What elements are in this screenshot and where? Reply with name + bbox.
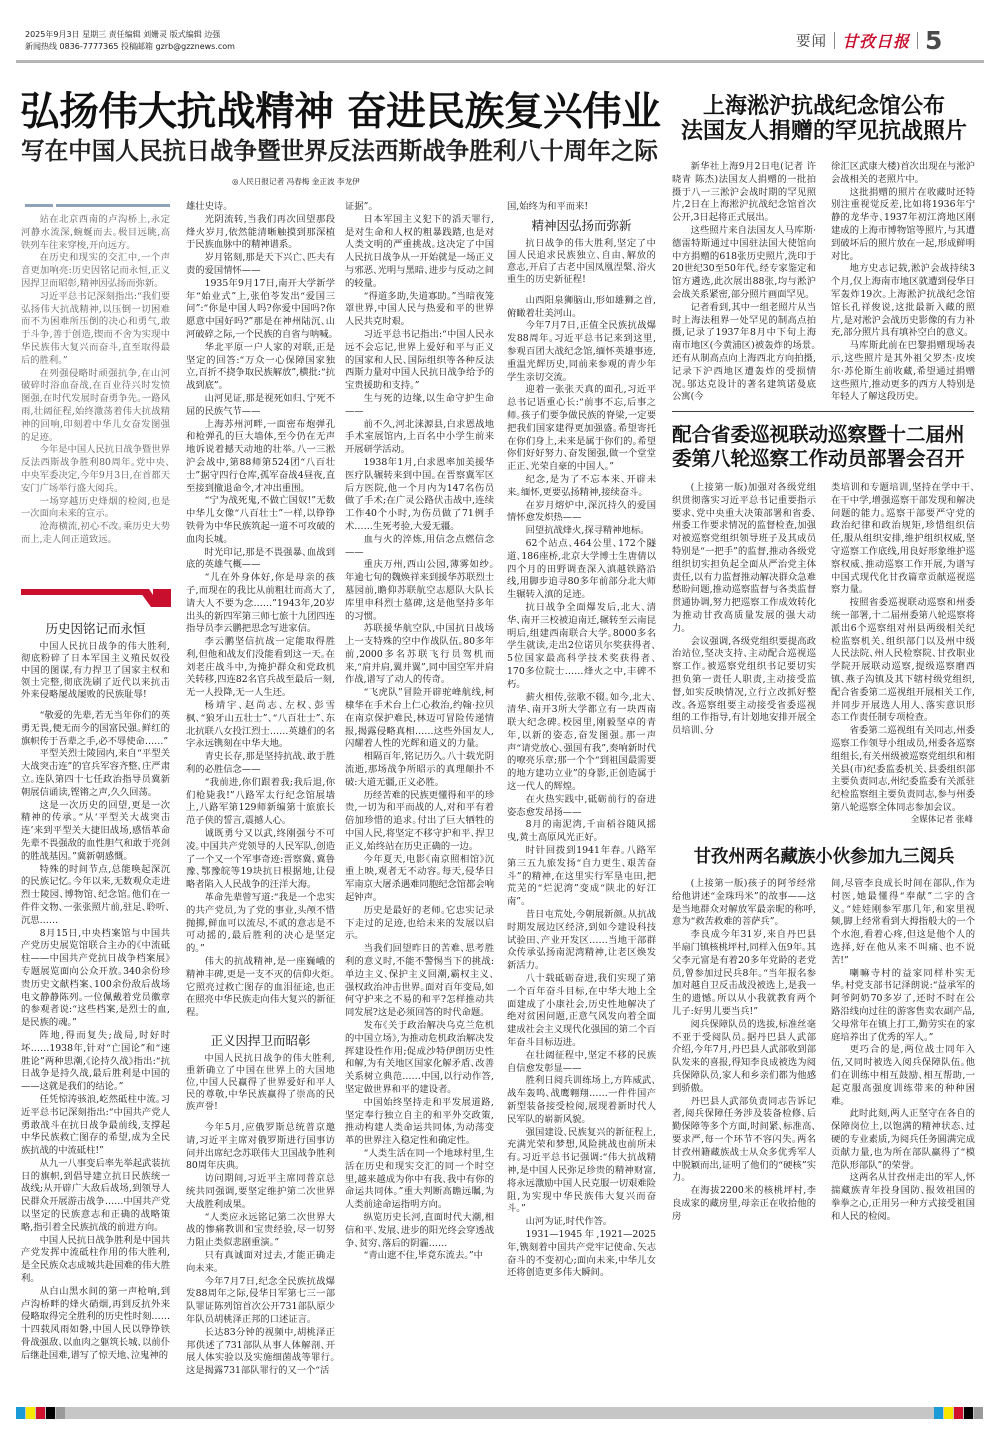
paragraph: 革命先辈曾写道:“我是一个忠实的共产党员,为了党的事业,头颅不惜抛掷,鲜血可以流… <box>186 892 335 956</box>
paragraph: 在海拔2200米的核桃坪村,李良成家的藏房里,母亲正在收拾他的房 <box>672 1185 816 1223</box>
paragraph: 这是一次历史的回望,更是一次精神的传承。“从‘平型关大战突击连’来到平型关大捷旧… <box>21 800 170 864</box>
paragraph: 访问期间,习近平主席同普京总统共同强调,要坚定维护第二次世界大战胜利成果。 <box>186 1173 335 1211</box>
magenta-swatch <box>954 1407 963 1419</box>
contact-line: 新闻热线 0836-7777365 投稿邮箱 gzrb@gzznews.com <box>25 41 235 53</box>
paragraph-continued: 间,尽管李良成长时间在部队,作为村医,她最懂得“奉献”二字的含义。“娃娃刚参军那… <box>831 878 975 968</box>
paragraph: 从九一八事变后率先举起武装抗日的旗帜,到倡导建立抗日民族统一战线;从开辟广大敌后… <box>21 1158 170 1235</box>
paragraph: 昔日屯荒处,今朝展新颜。从抗战时期发展边区经济,到如今建设科技试验田、产业开发区… <box>507 909 656 973</box>
main-column-4: 国,始终为和平而来!精神因弘扬而弥新抗日战争的伟大胜利,坚定了中国人民追求民族独… <box>507 201 656 1393</box>
section-label: 要闻 <box>796 30 827 51</box>
paragraph: 时针回拨到1941年春。八路军第三五九旅发扬“自力更生、艰苦奋斗”的精神,在这里… <box>507 845 656 909</box>
paragraph: 日本军国主义犯下的滔天罪行,是对生命和人权的粗暴践踏,也是对人类文明的严重挑战。… <box>345 214 494 291</box>
paragraph: 今年7月7日,纪念全民族抗战爆发88周年之际,侵华日军第七三一部队罪证陈列馆首次… <box>186 1276 335 1327</box>
paragraph: “宁为战死鬼,不做亡国奴!”无数中华儿女像“八百壮士”一样,以铮铮铁骨为中华民族… <box>186 495 335 546</box>
inspection-byline: 全媒体记者 张峰 <box>832 814 973 826</box>
paragraph-continued: 类培训和专题培训,坚持在学中干、在干中学,增强巡察干部发现和解决问题的能力。巡察… <box>831 482 975 597</box>
paragraph: 马库斯此前在巴黎捐赠现场表示,这些照片是其外祖父罗杰·皮埃尔·苏伦斯生前收藏,希… <box>831 340 975 404</box>
main-subheadline: 写在中国人民抗日战争暨世界反法西斯战争胜利八十周年之际 <box>21 137 681 165</box>
magenta-swatch <box>36 1407 45 1419</box>
headline-line: 委第八轮巡察工作动员部署会召开 <box>672 447 976 471</box>
paragraph: 相隔百年,铭记历久。八十载光阴流逝,那场战争所昭示的真理颠扑不破:大道无疆,正义… <box>345 751 494 789</box>
paragraph: “敬爱的先辈,若无当年你们的英勇无畏,便无而今的国富民强。鲜红的旗帜传于吾辈之手… <box>21 710 170 748</box>
decorative-bar <box>25 204 53 207</box>
paragraph: 中国人民抗日战争胜利是中国共产党发挥中流砥柱作用的伟大胜利,是全民族众志成城共赴… <box>21 1235 170 1286</box>
masthead: 要闻 甘孜日报 5 <box>796 24 942 56</box>
paragraph: 记者看到,其中一组老照片从当时上海法租界一处罕见的制高点拍摄,记录了1937年8… <box>672 302 816 404</box>
color-marks-right <box>934 1407 983 1419</box>
paragraph-continued: 证据”。 <box>345 201 494 214</box>
paragraph: “飞虎队”冒险开辟驼峰航线,柯棣华在手术台上仁心救治,约翰·拉贝在南京保护难民,… <box>345 687 494 751</box>
paragraph: 苏联援华航空队,中国抗日战场上一支特殊的空中作战队伍。80多年前,2000多名苏… <box>345 623 494 687</box>
main-column-1: 历史因铭记而永恒中国人民抗日战争的伟大胜利,彻底粉碎了日本军国主义殖民奴役中国的… <box>21 617 170 1393</box>
paragraph: 喇嘛寺村的益家同样朴实无华。村党支部书记泽朗说:“益承军的阿爷阿奶70多岁了,还… <box>831 968 975 1045</box>
section-heading: 精神因弘扬而弥新 <box>507 217 656 234</box>
paragraph: 在列强侵略时顽强抗争,在山河破碎时浴血奋战,在百业待兴时发愤图强,在时代发展时奋… <box>21 368 170 445</box>
paragraph-continued: 国,始终为和平而来! <box>507 201 656 214</box>
paragraph: 1935年9月17日,南开大学新学年“始业式”上,张伯苓发出“爱国三问”:“你是… <box>186 278 335 342</box>
paragraph: “青山遮不住,毕竟东流去。”中 <box>345 1250 494 1263</box>
paragraph: 沧海横流,初心不改。乘历史大势而上,走人间正道致远。 <box>21 521 170 547</box>
paragraph: 平型关烈士陵园内,来自“平型关大战突击连”的官兵军容齐整、庄严肃立。连队第四十七… <box>21 748 170 799</box>
paragraph: 中国始终坚持走和平发展道路,坚定奉行独立自主的和平外交政策,推动构建人类命运共同… <box>345 1097 494 1148</box>
section-ribbon-icon <box>21 588 173 610</box>
paragraph: “得道多助,失道寡助。”当暗夜笼罩世界,中国人民与热爱和平的世界人民共克时艰。 <box>345 291 494 329</box>
paragraph: 光阴流转,当我们再次回望那段烽火岁月,依然能清晰触摸到那深植于民族血脉中的精神谱… <box>186 214 335 252</box>
decorative-bar <box>56 204 170 207</box>
main-headline: 弘扬伟大抗战精神 奋进民族复兴伟业 <box>20 89 680 135</box>
paragraph: 在历史和现实的交汇中,一个声音更加响亮:历史因铭记而永恒,正义因捍卫而昭彰,精神… <box>21 252 170 290</box>
paragraph: 任凭惊涛骇浪,屹然砥柱中流。习近平总书记深刻指出:“中国共产党人勇敢战斗在抗日战… <box>21 1094 170 1158</box>
paragraph: 当我们回望昨日的苦难、思考胜利的意义时,不能不警惕当下的挑战:单边主义、保护主义… <box>345 943 494 1020</box>
paragraph: 阵地,得而复失;战局,时好时坏……1938年,针对“亡国论”和“速胜论”两种思潮… <box>21 1030 170 1094</box>
paragraph: 山河为证,时代作答。 <box>507 1216 656 1229</box>
paragraph: 今年是中国人民抗日战争暨世界反法西斯战争胜利80周年。党中央、中央军委决定,今年… <box>21 444 170 495</box>
paragraph: 长达83分钟的视频中,胡桃泽正邦供述了731部队从事人体解剖、开展人体实验以及实… <box>186 1327 335 1378</box>
paragraph: 华北平原一户人家的对联,正是坚定的回答:“万众一心保障国家独立,百折不挠争取民族… <box>186 342 335 393</box>
paragraph: 迎着一张张天真的面孔,习近平总书记语重心长:“前事不忘,后事之师。孩子们要争做民… <box>507 384 656 474</box>
paragraph: 生与死的边缘,以生命守护生命—— <box>345 393 494 419</box>
print-color-bar <box>16 1407 983 1419</box>
paragraph: 青史长存,那是坚持抗战、敢于胜利的必胜信念—— <box>186 751 335 777</box>
paragraph: 李良成今年31岁,来自丹巴县半扇门镇核桃坪村,同样入伍9年。其父李元富是有着20… <box>672 929 816 1019</box>
paragraph: 站在北京西南的卢沟桥上,永定河静水流深,蜿蜒而去。极目远眺,高铁列车往来穿梭,开… <box>21 214 170 252</box>
parade-headline: 甘孜州两名藏族小伙参加九三阅兵 <box>672 847 976 867</box>
headline-line: 配合省委巡视联动巡察暨十二届州 <box>672 423 976 447</box>
yellow-swatch <box>944 1407 953 1419</box>
paragraph: 会议强调,各级党组织要提高政治站位,坚决支持、主动配合巡视巡察工作。被巡察党组织… <box>672 636 816 738</box>
paragraph: 山河见证,那是视死如归、宁死不屈的民族气节—— <box>186 393 335 419</box>
main-byline: ◎人民日报记者 冯春梅 金正波 李龙伊 <box>232 176 360 187</box>
paragraph-continued: 徐汇区武康大楼)首次出现在与淞沪会战相关的老照片中。 <box>831 161 975 187</box>
page-meta: 2025年9月3日 星期三 责任编辑 刘姗灵 版式编辑 边强 新闻热线 0836… <box>25 29 235 53</box>
page-number: 5 <box>925 28 942 53</box>
inspection-headline: 配合省委巡视联动巡察暨十二届州 委第八轮巡察工作动员部署会召开 <box>672 423 976 471</box>
inspection-column-2: 类培训和专题培训,坚持在学中干、在干中学,增强巡察干部发现和解决问题的能力。巡察… <box>831 482 975 813</box>
songhu-column-2: 徐汇区武康大楼)首次出现在与淞沪会战相关的老照片中。这批捐赠的照片在收藏时还特别… <box>831 161 975 406</box>
paragraph: 今年7月7日,正值全民族抗战爆发88周年。习近平总书记来到这里,参观百团大战纪念… <box>507 320 656 384</box>
yellow-swatch <box>26 1407 35 1419</box>
paragraph: 1931—1945年,1921—2025年,镌刻着中国共产党牢记使命、矢志奋斗的… <box>507 1229 656 1280</box>
paragraph: 纪念,是为了不忘本来、开辟未来。缅怀,更要弘扬精神,接续奋斗。 <box>507 474 656 500</box>
paragraph: 按照省委巡视联动巡察和州委统一部署,十二届州委第八轮巡察将派出6个巡察组对州县两… <box>831 597 975 725</box>
paragraph: 新华社上海9月2日电(记者 许晓青 陈杰)法国友人捐赠的一批拍摄于八一三淞沪会战… <box>672 161 816 225</box>
cyan-swatch <box>16 1407 25 1419</box>
paragraph: 今年夏天,电影《南京照相馆》沉重上映,观者无不动容。每天,侵华日军南京大屠杀遇难… <box>345 854 494 905</box>
paragraph: 8月的南泥湾,千亩稻谷随风摇曳,黄土高原风光正好。 <box>507 819 656 845</box>
paper-logo: 甘孜日报 <box>842 29 910 52</box>
paragraph: 习近平总书记深刻指出:“我们要弘扬伟大抗战精神,以压倒一切困难而不为困难所压倒的… <box>21 291 170 368</box>
section-heading: 历史因铭记而永恒 <box>21 620 170 637</box>
cyan-swatch <box>934 1407 943 1419</box>
grey-swatch <box>974 1407 983 1419</box>
paragraph: 发布《关于政治解决乌克兰危机的中国立场》,为推动危机政治解决发挥建设性作用;促成… <box>345 1020 494 1097</box>
main-column-2-bottom: 正义因捍卫而昭彰中国人民抗日战争的伟大胜利,重新确立了中国在世界上的大国地位,中… <box>186 1029 335 1393</box>
paragraph: (上接第一版)孩子的阿爷经常给他讲述“金珠玛米”的故事——这是当地群众对解放军最… <box>672 878 816 929</box>
grey-swatch <box>56 1407 65 1419</box>
paragraph: 胜利日阅兵训练场上,方阵威武、战车轰鸣、战鹰翱翔……一件件国产新型装备接受检阅,… <box>507 1075 656 1126</box>
paragraph: 今年5月,应俄罗斯总统普京邀请,习近平主席对俄罗斯进行国事访问并出席纪念苏联伟大… <box>186 1122 335 1173</box>
paragraph: 重庆万州,西山公园,薄雾如纱。年逾七旬的魏焕祥来到援华苏联烈士墓园前,瞻仰苏联航… <box>345 559 494 623</box>
paragraph: 回望抗战烽火,探寻精神地标。 <box>507 525 656 538</box>
songhu-column-1: 新华社上海9月2日电(记者 许晓青 陈杰)法国友人捐赠的一批拍摄于八一三淞沪会战… <box>672 161 816 406</box>
paragraph: “人类生活在同一个地球村里,生活在历史和现实交汇的同一个时空里,越来越成为你中有… <box>345 1148 494 1212</box>
section-summary: 抗日战争的伟大胜利,坚定了中国人民追求民族独立、自由、解放的意志,开启了古老中国… <box>507 238 656 286</box>
paragraph: 伟大的抗战精神,是一座巍峨的精神丰碑,更是一支不灭的信仰火炬。它照亮过救亡图存的… <box>186 956 335 1020</box>
paragraph: “儿在外身体好,你是母亲的孩子,而现在的我比从前粗壮而高大了,请大人不要为念……… <box>186 572 335 636</box>
paragraph: 薪火相传,弦歌不辍。如今,北大、清华、南开3所大学都立有一块西南联大纪念碑。校园… <box>507 692 656 794</box>
songhu-headline: 上海淞沪抗战纪念馆公布 法国友人捐赠的罕见抗战照片 <box>672 94 976 144</box>
paragraph: 纵览历史长河,直面时代大潮,相信和平、发展、进步的阳光终会穿透战争、贫穷、落后的… <box>345 1212 494 1250</box>
paragraph: 前不久,河北涞源县,白求恩战地手术室展馆内,上百名中小学生前来开展研学活动。 <box>345 419 494 457</box>
headline-line: 上海淞沪抗战纪念馆公布 <box>672 94 976 119</box>
paragraph: 更巧合的是,两位战士同年入伍,又同时被选入阅兵保障队伍。他们在训练中相互鼓励、相… <box>831 1044 975 1108</box>
paragraph: 时光印记,那是不畏强暴、血战到底的英雄气概—— <box>186 547 335 573</box>
main-column-3: 证据”。日本军国主义犯下的滔天罪行,是对生命和人权的粗暴践踏,也是对人类文明的严… <box>345 201 494 1393</box>
paragraph: 在岁月熔炉中,深沉持久的爱国情怀愈发炽热—— <box>507 500 656 526</box>
main-column-2-top: 雄壮史诗。光阴流转,当我们再次回望那段烽火岁月,依然能清晰触摸到那深植于民族血脉… <box>186 201 335 1027</box>
section-heading: 正义因捍卫而昭彰 <box>186 1032 335 1049</box>
paragraph: 62个站点、464公里、172个隧道、186座桥,北京大学博士生唐倩以四个月的田… <box>507 538 656 602</box>
paragraph: 强国建设、民族复兴的新征程上,充满光荣和梦想,风险挑战也前所未有。习近平总书记强… <box>507 1127 656 1217</box>
paragraph: 省委第二巡视组有关同志,州委巡察工作领导小组成员,州委各巡察组组长,有关州级被巡… <box>831 725 975 813</box>
paragraph: 一场穿越历史烽烟的检阅,也是一次面向未来的宣示。 <box>21 496 170 522</box>
paragraph: 只有真诚面对过去,才能正确走向未来。 <box>186 1250 335 1276</box>
paragraph: 在火热实践中,砥砺前行的奋进姿态愈发昂扬—— <box>507 794 656 820</box>
date-editor-line: 2025年9月3日 星期三 责任编辑 刘姗灵 版式编辑 边强 <box>25 29 235 41</box>
parade-column-2: 间,尽管李良成长时间在部队,作为村医,她最懂得“奉献”二字的含义。“娃娃刚参军那… <box>831 878 975 1393</box>
lead-text: 站在北京西南的卢沟桥上,永定河静水流深,蜿蜒而去。极目远眺,高铁列车往来穿梭,开… <box>21 214 170 547</box>
paragraph: 八十载砥砺奋进,我们实现了第一个百年奋斗目标,在中华大地上全面建成了小康社会,历… <box>507 973 656 1050</box>
paragraph: 在壮阔征程中,坚定不移的民族自信愈发彰显—— <box>507 1050 656 1076</box>
color-marks-left <box>16 1407 65 1419</box>
inspection-column-1: (上接第一版)加强对各级党组织贯彻落实习近平总书记重要指示要求、党中央重大决策部… <box>672 482 816 815</box>
divider <box>917 32 918 49</box>
lead-decoration <box>21 204 170 207</box>
paragraph: “人类应永远铭记第二次世界大战的惨痛教训和宝贵经验,尽一切努力阻止类似悲剧重演。… <box>186 1212 335 1250</box>
paragraph: 这两名从甘孜州走出的军人,怀揣藏族青年投身国防、报效祖国的拳拳之心,正用另一种方… <box>831 1172 975 1223</box>
paragraph: 岁月铭刻,那是天下兴亡、匹夫有责的爱国情怀—— <box>186 252 335 278</box>
paragraph: 丹巴县人武部负责同志告诉记者,阅兵保障任务涉及装备检修、后勤保障等多个方面,时间… <box>672 1096 816 1186</box>
paragraph: 这些照片来自法国友人马库斯·德雷特斯通过中国驻法国大使馆向中方捐赠的618张历史… <box>672 225 816 302</box>
headline-line: 法国友人捐赠的罕见抗战照片 <box>672 119 976 144</box>
article-divider <box>672 411 974 412</box>
paragraph: 杨靖宇、赵尚志、左权、彭雪枫、“狼牙山五壮士”、“八百壮士”、东北抗联八女投江烈… <box>186 700 335 751</box>
paragraph: 8月15日,中央档案馆与中国共产党历史展览馆联合主办的《中流砥柱——中国共产党抗… <box>21 928 170 1030</box>
paragraph: 李云鹏坚信抗战一定能取得胜利,但他和战友们没能看到这一天。在刘老庄战斗中,为掩护… <box>186 636 335 700</box>
paragraph-continued: 雄壮史诗。 <box>186 201 335 214</box>
paragraph: 上海苏州河畔,一面密布炮弹孔和枪弹孔的巨大墙体,至今仍在无声地诉说着撼天动地的壮… <box>186 419 335 496</box>
section-summary: 中国人民抗日战争的伟大胜利,重新确立了中国在世界上的大国地位,中国人民赢得了世界… <box>186 1053 335 1113</box>
paragraph: 山西阳泉狮脑山,形如雄狮之首,俯瞰着壮美河山。 <box>507 295 656 321</box>
black-swatch <box>46 1407 55 1419</box>
parade-column-1: (上接第一版)孩子的阿爷经常给他讲述“金珠玛米”的故事——这是当地群众对解放军最… <box>672 878 816 1393</box>
paragraph: 历史是最好的老师。它忠实记录下走过的足迹,也给未来的发展以启示。 <box>345 905 494 943</box>
header-rule <box>16 60 984 63</box>
section-summary: 中国人民抗日战争的伟大胜利,彻底粉碎了日本军国主义殖民奴役中国的图谋,有力捍卫了… <box>21 641 170 701</box>
paragraph: 此时此刻,两人正坚守在各自的保障岗位上,以饱满的精神状态、过硬的专业素质,为阅兵… <box>831 1108 975 1172</box>
paragraph: (上接第一版)加强对各级党组织贯彻落实习近平总书记重要指示要求、党中央重大决策部… <box>672 482 816 636</box>
paragraph: 历经苦难的民族更懂得和平的珍贵,一切为和平而战的人,对和平有着倍加珍惜的追求。付… <box>345 790 494 854</box>
paragraph: “我前进,你们跟着我;我后退,你们枪毙我!”八路军太行纪念馆展墙上,八路军第12… <box>186 777 335 828</box>
paragraph: 从白山黑水间的第一声枪响,到卢沟桥畔的烽火硝烟,再到反抗外来侵略取得完全胜利的历… <box>21 1286 170 1363</box>
lead-column: 站在北京西南的卢沟桥上,永定河静水流深,蜿蜒而去。极目远眺,高铁列车往来穿梭,开… <box>21 200 170 580</box>
paragraph: 血与火的淬炼,用信念点燃信念—— <box>345 534 494 560</box>
black-swatch <box>964 1407 973 1419</box>
divider <box>834 32 835 49</box>
paragraph: 地方史志记载,淞沪会战持续3个月,仅上海南市地区就遭到侵华日军轰炸19次。上海淞… <box>831 263 975 340</box>
paragraph: 这批捐赠的照片在收藏时还特别注重视觉反差,比如将1936年宁静的龙华寺、1937… <box>831 187 975 264</box>
paragraph: 特殊的时间节点,总能唤起深沉的民族记忆。今年以来,无数观众走进烈士陵园、博物馆、… <box>21 864 170 928</box>
paragraph: 阅兵保障队员的选拔,标准丝毫不亚于受阅队员。据丹巴县人武部介绍,今年7月,丹巴县… <box>672 1019 816 1096</box>
paragraph: 习近平总书记指出:“中国人民永远不会忘记,世界上爱好和平与正义的国家和人民、国际… <box>345 329 494 393</box>
paragraph: 1938年1月,白求恩率加美援华医疗队辗转来到中国。在晋察冀军区后方医院,他一个… <box>345 457 494 534</box>
paragraph: 抗日战争全面爆发后,北大、清华、南开三校被迫南迁,辗转至云南昆明后,组建西南联合… <box>507 602 656 692</box>
paragraph: 诚既勇兮又以武,终刚强兮不可凌。中国共产党领导的人民军队,创造了一个又一个军事奇… <box>186 828 335 892</box>
